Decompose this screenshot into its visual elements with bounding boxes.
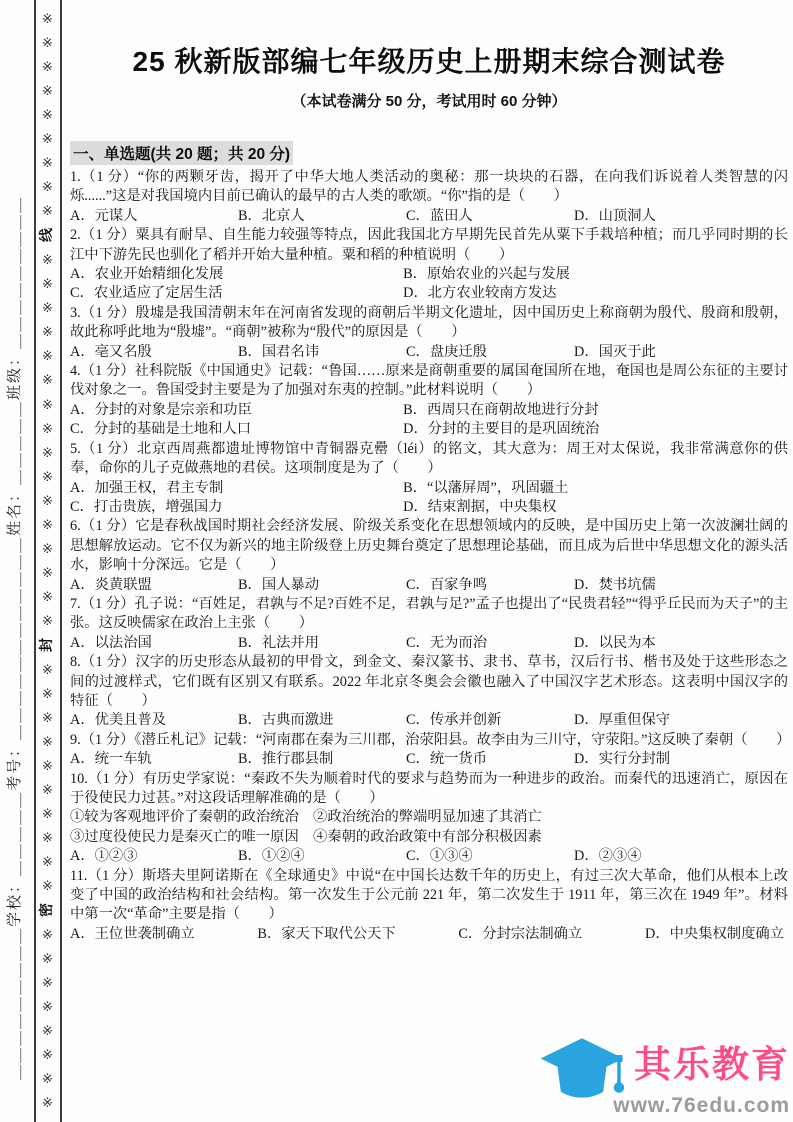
option: D．山顶洞人 (574, 207, 788, 226)
seal-mark: ※ (42, 614, 53, 627)
option: A．炎黄联盟 (70, 576, 238, 595)
options-row: C．打击贵族，增强国力D．结束割据，中央集权 (70, 498, 788, 517)
question-stem: 11.（1 分）斯塔夫里阿诺斯在《全球通史》中说“在中国长达数千年的历史上，有过… (70, 867, 788, 925)
seal-mark: ※ (42, 590, 53, 603)
option: D．以民为本 (574, 634, 788, 653)
question-stem: 10.（1 分）有历史学家说：“秦政不失为顺着时代的要求与趋势而为一种进步的政治… (70, 770, 788, 809)
seal-mark: ※ (42, 518, 53, 531)
option: A．王位世袭制确立 (70, 925, 195, 944)
seal-mark: ※ (42, 1072, 53, 1085)
question-stem: 6.（1 分）它是春秋战国时期社会经济发展、阶级关系变化在思想领域内的反映，是中… (70, 517, 788, 575)
seal-mark: ※ (42, 349, 53, 362)
option: A．分封的对象是宗亲和功臣 (70, 401, 403, 420)
option: A．以法治国 (70, 634, 238, 653)
option: B．礼法并用 (238, 634, 406, 653)
options-row: A．农业开始精细化发展B．原始农业的兴起与发展 (70, 265, 788, 284)
option: D．结束割据，中央集权 (403, 498, 788, 517)
options-row: A．①②③B．①②④C．①③④D．②③④ (70, 847, 788, 866)
seal-mark: ※ (42, 1000, 53, 1013)
seal-mark: ※ (42, 36, 53, 49)
option: C．打击贵族，增强国力 (70, 498, 403, 517)
options-row: A．王位世袭制确立B．家天下取代公天下C．分封宗法制确立D．中央集权制度确立 (70, 925, 788, 944)
seal-mark: ※ (42, 783, 53, 796)
option: B．推行郡县制 (238, 750, 406, 769)
question-item: 3.（1 分）殷墟是我国清朝末年在河南省发现的商朝后半期文化遗址，因中国历史上称… (70, 304, 788, 362)
seal-word-char: 密 (41, 903, 55, 917)
seal-mark: ※ (42, 759, 53, 772)
option: C．分封的基础是土地和人口 (70, 420, 403, 439)
options-row: A．炎黄联盟B．国人暴动C．百家争鸣D．焚书坑儒 (70, 576, 788, 595)
seal-mark: ※ (42, 470, 53, 483)
seal-mark: ※ (42, 711, 53, 724)
option: C．①③④ (406, 847, 574, 866)
seal-mark: ※ (42, 807, 53, 820)
exam-paper-page: ＿＿＿＿＿＿＿＿＿学校：＿＿＿＿＿考号：＿＿＿＿＿＿＿＿＿＿＿＿姓名：＿＿＿＿＿… (0, 0, 793, 1122)
option: C．蓝田人 (406, 207, 574, 226)
question-item: 1.（1 分）“你的两颗牙齿，揭开了中华大地人类活动的奥秘：那一块块的石器，在向… (70, 168, 788, 226)
seal-mark: ※ (42, 566, 53, 579)
option: D．厚重但保守 (574, 711, 788, 730)
option: B．古典而激进 (238, 711, 406, 730)
options-row: C．分封的基础是土地和人口D．分封的主要目的是巩固统治 (70, 420, 788, 439)
question-item: 10.（1 分）有历史学家说：“秦政不失为顺着时代的要求与趋势而为一种进步的政治… (70, 770, 788, 867)
option: A．①②③ (70, 847, 238, 866)
seal-mark: ※ (42, 60, 53, 73)
seal-mark: ※ (42, 1024, 53, 1037)
option: D．②③④ (574, 847, 788, 866)
option: B．家天下取代公天下 (257, 925, 395, 944)
option: D．焚书坑儒 (574, 576, 788, 595)
options-row: A．分封的对象是宗亲和功臣B．西周只在商朝故地进行分封 (70, 401, 788, 420)
question-item: 7.（1 分）孔子说：“百姓足，君孰与不足?百姓不足，君孰与足?”孟子也提出了“… (70, 595, 788, 653)
question-item: 4.（1 分）社科院版《中国通史》记载：“鲁国……原来是商朝重要的属国奄国所在地… (70, 362, 788, 440)
paper-content: 25 秋新版部编七年级历史上册期末综合测试卷 （本试卷满分 50 分，考试用时 … (70, 40, 788, 944)
questions-list: 1.（1 分）“你的两颗牙齿，揭开了中华大地人类活动的奥秘：那一块块的石器，在向… (70, 168, 788, 944)
seal-mark: ※ (42, 446, 53, 459)
seal-mark: ※ (42, 1096, 53, 1109)
question-stem: 5.（1 分）北京西周燕都遗址博物馆中青铜器克罍（léi）的铭文，其大意为：周王… (70, 440, 788, 479)
option: B．西周只在商朝故地进行分封 (403, 401, 788, 420)
option: B．原始农业的兴起与发展 (403, 265, 788, 284)
options-row: A．优美且普及B．古典而激进C．传承并创新D．厚重但保守 (70, 711, 788, 730)
question-item: 6.（1 分）它是春秋战国时期社会经济发展、阶级关系变化在思想领域内的反映，是中… (70, 517, 788, 595)
option: A．统一车轨 (70, 750, 238, 769)
options-row: A．元谋人B．北京人C．蓝田人D．山顶洞人 (70, 207, 788, 226)
seal-mark: ※ (42, 687, 53, 700)
seal-mark: ※ (42, 84, 53, 97)
option: C．农业适应了定居生活 (70, 284, 403, 303)
option: D．实行分封制 (574, 750, 788, 769)
option: C．分封宗法制确立 (458, 925, 582, 944)
paper-title: 25 秋新版部编七年级历史上册期末综合测试卷 (70, 40, 788, 80)
question-statement: ③过度役使民力是秦灭亡的唯一原因 ④秦朝的政治政策中有部分积极因素 (70, 828, 788, 847)
options-row: A．亳又名殷B．国君名讳C．盘庚迁殷D．国灭于此 (70, 343, 788, 362)
seal-mark: ※ (42, 928, 53, 941)
option: B．国君名讳 (238, 343, 406, 362)
option: B．“以藩屏周”，巩固疆土 (403, 479, 788, 498)
seal-mark: ※ (42, 12, 53, 25)
seal-mark: ※ (42, 108, 53, 121)
paper-subtitle: （本试卷满分 50 分，考试用时 60 分钟） (70, 90, 788, 111)
seal-mark: ※ (42, 156, 53, 169)
seal-mark: ※ (42, 1048, 53, 1061)
question-stem: 7.（1 分）孔子说：“百姓足，君孰与不足?百姓不足，君孰与足?”孟子也提出了“… (70, 595, 788, 634)
question-item: 5.（1 分）北京西周燕都遗址博物馆中青铜器克罍（léi）的铭文，其大意为：周王… (70, 440, 788, 518)
question-item: 9.（1 分）《潜丘札记》记载：“河南郡在秦为三川郡，治荥阳县。故李由为三川守，… (70, 731, 788, 770)
section-heading: 一、单选题(共 20 题；共 20 分) (70, 141, 293, 165)
question-item: 8.（1 分）汉字的历史形态从最初的甲骨文，到金文、秦汉篆书、隶书、草书，汉后行… (70, 653, 788, 731)
seal-mark: ※ (42, 277, 53, 290)
option: C．传承并创新 (406, 711, 574, 730)
options-row: A．加强王权，君主专制B．“以藩屏周”，巩固疆土 (70, 479, 788, 498)
options-row: A．统一车轨B．推行郡县制C．统一货币D．实行分封制 (70, 750, 788, 769)
seal-mark: ※ (42, 735, 53, 748)
seal-mark: ※ (42, 855, 53, 868)
seal-mark: ※ (42, 542, 53, 555)
seal-word-char: 线 (41, 228, 55, 242)
seal-word-char: 封 (41, 638, 55, 652)
seal-mark: ※ (42, 180, 53, 193)
question-item: 2.（1 分）粟具有耐旱、自生能力较强等特点，因此我国北方早期先民首先从粟下手栽… (70, 226, 788, 304)
question-stem: 8.（1 分）汉字的历史形态从最初的甲骨文，到金文、秦汉篆书、隶书、草书，汉后行… (70, 653, 788, 711)
question-stem: 4.（1 分）社科院版《中国通史》记载：“鲁国……原来是商朝重要的属国奄国所在地… (70, 362, 788, 401)
seal-mark: ※ (42, 952, 53, 965)
seal-mark: ※ (42, 831, 53, 844)
seal-mark: ※ (42, 373, 53, 386)
option: A．优美且普及 (70, 711, 238, 730)
brand-name: 其乐教育 (634, 1034, 790, 1088)
option: C．百家争鸣 (406, 576, 574, 595)
option: B．北京人 (238, 207, 406, 226)
seal-mark: ※ (42, 398, 53, 411)
option: D．分封的主要目的是巩固统治 (403, 420, 788, 439)
seal-mark: ※ (42, 204, 53, 217)
brand-url[interactable]: www.76edu.com (613, 1094, 790, 1118)
option: B．国人暴动 (238, 576, 406, 595)
seal-mark: ※ (42, 976, 53, 989)
option: D．北方农业较南方发达 (403, 284, 788, 303)
option: A．亳又名殷 (70, 343, 238, 362)
option: C．无为而治 (406, 634, 574, 653)
option: D．国灭于此 (574, 343, 788, 362)
option: A．元谋人 (70, 207, 238, 226)
question-stem: 1.（1 分）“你的两颗牙齿，揭开了中华大地人类活动的奥秘：那一块块的石器，在向… (70, 168, 788, 207)
question-statement: ①较为客观地评价了秦朝的政治统治 ②政治统治的弊端明显加速了其消亡 (70, 808, 788, 827)
seal-student-fields: ＿＿＿＿＿＿＿＿＿学校：＿＿＿＿＿考号：＿＿＿＿＿＿＿＿＿＿＿＿姓名：＿＿＿＿＿… (3, 120, 27, 1080)
seal-border-right-line (60, 0, 62, 1122)
option: D．中央集权制度确立 (645, 925, 784, 944)
seal-mark: ※ (42, 879, 53, 892)
option: C．盘庚迁殷 (406, 343, 574, 362)
seal-mark: ※ (42, 494, 53, 507)
seal-mark: ※ (42, 663, 53, 676)
seal-mark: ※ (42, 325, 53, 338)
seal-mark: ※ (42, 132, 53, 145)
question-stem: 2.（1 分）粟具有耐旱、自生能力较强等特点，因此我国北方早期先民首先从粟下手栽… (70, 226, 788, 265)
option: A．农业开始精细化发展 (70, 265, 403, 284)
seal-marks-column: ※※※※※※※※※线※※※※※※※※※※※※※※※※封※※※※※※※※※※密※※… (35, 0, 60, 1122)
seal-mark: ※ (42, 253, 53, 266)
option: A．加强王权，君主专制 (70, 479, 403, 498)
option: C．统一货币 (406, 750, 574, 769)
options-row: C．农业适应了定居生活D．北方农业较南方发达 (70, 284, 788, 303)
brand-logo: 其乐教育 www.76edu.com (538, 1034, 790, 1118)
option: B．①②④ (238, 847, 406, 866)
options-row: A．以法治国B．礼法并用C．无为而治D．以民为本 (70, 634, 788, 653)
question-stem: 9.（1 分）《潜丘札记》记载：“河南郡在秦为三川郡，治荥阳县。故李由为三川守，… (70, 731, 788, 750)
seal-mark: ※ (42, 422, 53, 435)
question-item: 11.（1 分）斯塔夫里阿诺斯在《全球通史》中说“在中国长达数千年的历史上，有过… (70, 867, 788, 945)
seal-mark: ※ (42, 301, 53, 314)
question-stem: 3.（1 分）殷墟是我国清朝末年在河南省发现的商朝后半期文化遗址，因中国历史上称… (70, 304, 788, 343)
